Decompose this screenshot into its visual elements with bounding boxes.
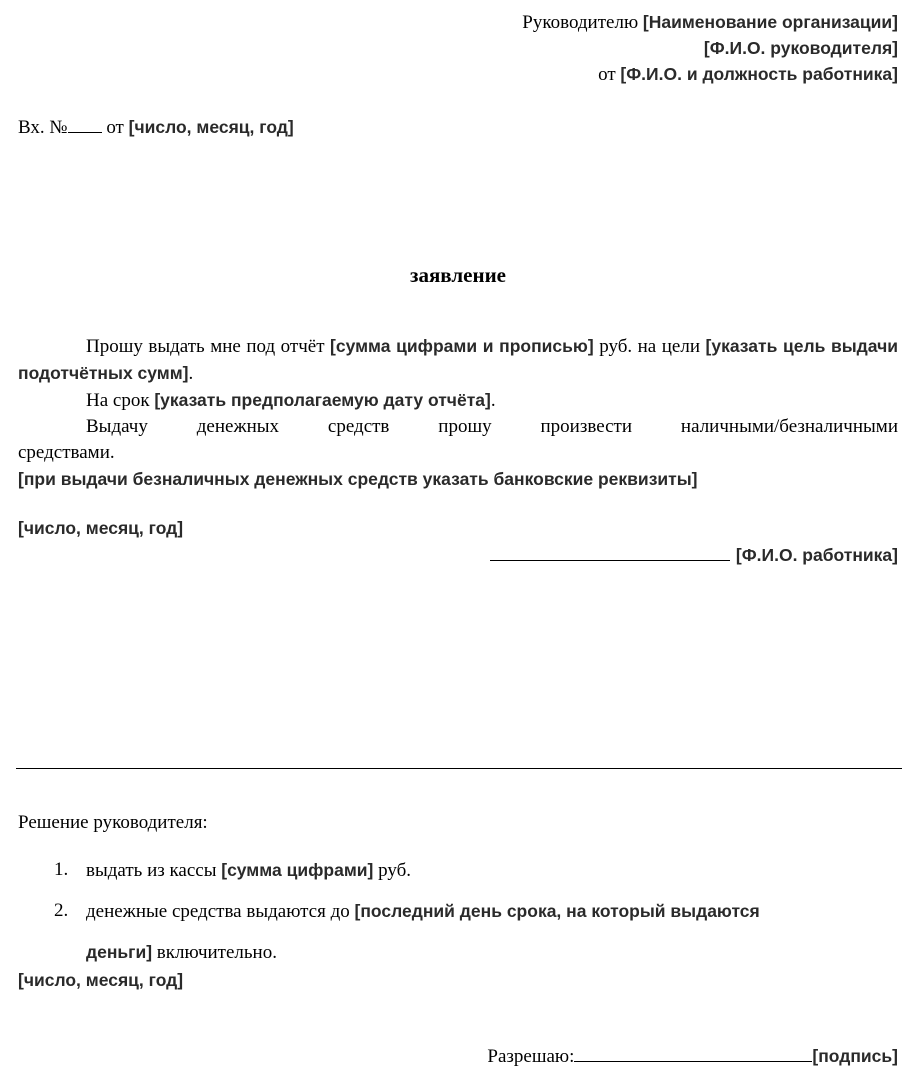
employee-signature-line: [Ф.И.О. работника] [490, 544, 898, 567]
statement-body: Прошу выдать мне под отчёт [сумма цифрам… [18, 333, 898, 493]
incoming-number-line: Вх. № от [число, месяц, год] [18, 116, 294, 139]
employee-position-placeholder[interactable]: [Ф.И.О. и должность работника] [620, 64, 898, 84]
period: . [491, 390, 496, 411]
application-date-line: [число, месяц, год] [18, 518, 183, 540]
document-title: заявление [0, 263, 916, 288]
incoming-number-blank[interactable] [68, 116, 102, 133]
employee-signature-blank[interactable] [490, 544, 730, 561]
application-date-placeholder[interactable]: [число, месяц, год] [18, 518, 183, 538]
incoming-label: Вх. № [18, 117, 68, 138]
decision-heading: Решение руководителя: [18, 812, 208, 834]
list-number: 1. [54, 850, 68, 890]
employee-name-placeholder[interactable]: [Ф.И.О. работника] [736, 545, 898, 565]
deadline-placeholder[interactable]: [последний день срока, на который выдают… [355, 901, 760, 921]
incoming-from-word: от [102, 117, 129, 138]
addressee-prefix: Руководителю [522, 12, 643, 33]
request-text-purpose: руб. на цели [594, 336, 706, 357]
cash-sum-placeholder[interactable]: [сумма цифрами] [221, 860, 373, 880]
list-item: 1. выдать из кассы [сумма цифрами] руб. [18, 850, 898, 891]
sum-placeholder[interactable]: [сумма цифрами и прописью] [330, 336, 594, 356]
paragraph-request: Прошу выдать мне под отчёт [сумма цифрам… [18, 333, 898, 387]
period: . [189, 363, 194, 384]
bank-details-line: [при выдачи безналичных денежных средств… [18, 466, 898, 493]
signature-placeholder[interactable]: [подпись] [812, 1046, 898, 1066]
organization-placeholder[interactable]: [Наименование организации] [643, 12, 898, 32]
head-name-line: [Ф.И.О. руководителя] [704, 38, 898, 60]
item-text-end: руб. [373, 860, 411, 881]
incoming-date-placeholder[interactable]: [число, месяц, год] [129, 117, 294, 137]
list-number: 2. [54, 891, 68, 931]
bank-details-placeholder[interactable]: [при выдачи безналичных денежных средств… [18, 469, 698, 489]
approval-signature-blank[interactable] [574, 1045, 812, 1062]
approval-line: Разрешаю:[подпись] [487, 1045, 898, 1068]
paragraph-payment-method: Выдачу денежных средств прошу произвести… [18, 414, 898, 440]
term-text: На срок [86, 390, 154, 411]
item-text: денежные средства выдаются до [86, 901, 355, 922]
decision-list: 1. выдать из кассы [сумма цифрами] руб. … [18, 850, 898, 973]
paragraph-payment-method-cont: средствами. [18, 440, 898, 466]
deadline-placeholder-cont[interactable]: деньги] [86, 942, 152, 962]
item-text: выдать из кассы [86, 860, 221, 881]
addressee-line: Руководителю [Наименование организации] [522, 12, 898, 34]
decision-date-placeholder[interactable]: [число, месяц, год] [18, 970, 183, 990]
head-name-placeholder[interactable]: [Ф.И.О. руководителя] [704, 38, 898, 58]
paragraph-term: На срок [указать предполагаемую дату отч… [18, 387, 898, 414]
sender-line: от [Ф.И.О. и должность работника] [598, 64, 898, 86]
approve-label: Разрешаю: [487, 1046, 574, 1067]
list-item: 2. денежные средства выдаются до [послед… [18, 891, 898, 973]
item-text-end: включительно. [152, 942, 277, 963]
section-divider [16, 768, 902, 769]
decision-date-line: [число, месяц, год] [18, 970, 183, 992]
sender-prefix: от [598, 64, 620, 85]
request-text: Прошу выдать мне под отчёт [86, 336, 330, 357]
report-date-placeholder[interactable]: [указать предполагаемую дату отчёта] [154, 390, 491, 410]
